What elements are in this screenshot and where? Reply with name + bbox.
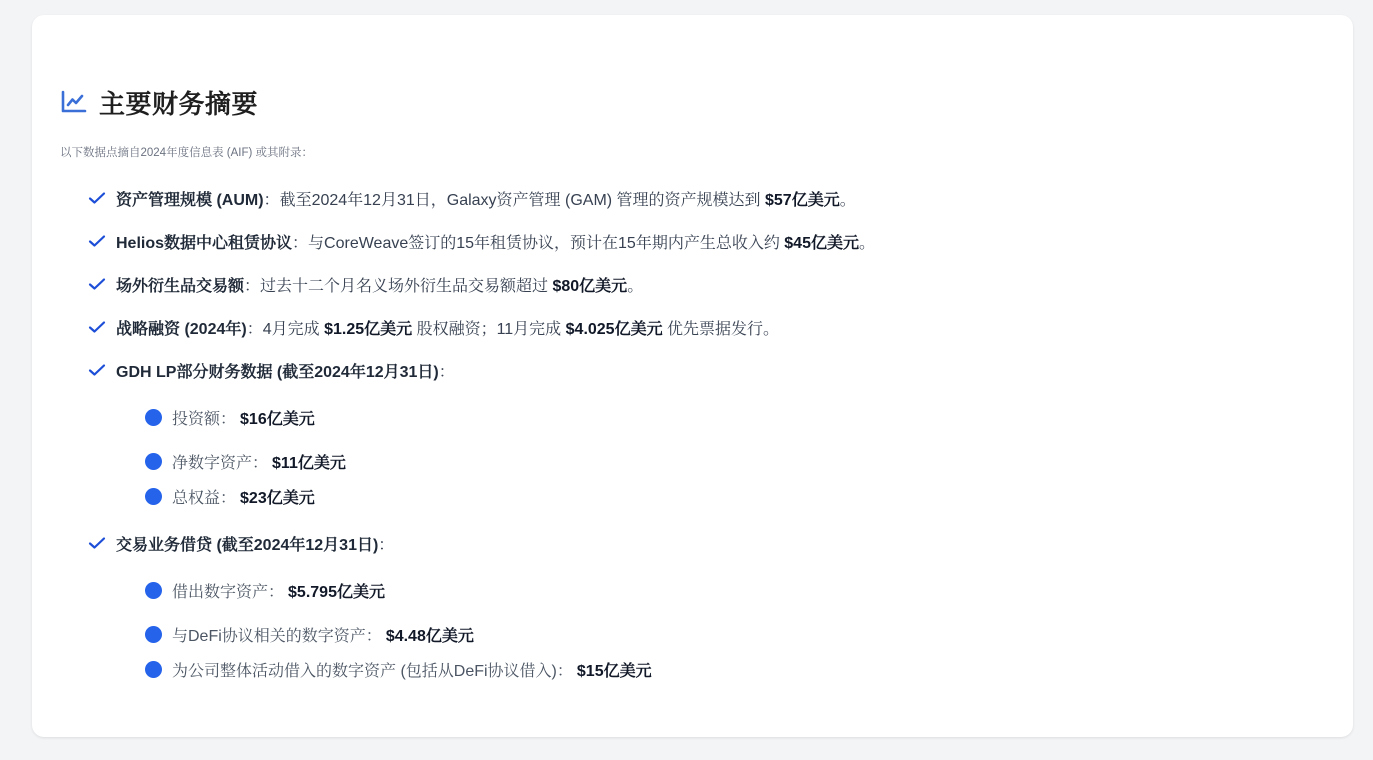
sub-item-borrowed-digital-assets: 为公司整体活动借入的数字资产 (包括从DeFi协议借入) ： $15亿美元 [145,657,652,681]
page-title: 主要财务摘要 [99,84,258,121]
item-label: 战略融资 (2024年) [116,316,247,339]
sub-item-label: 总权益 [172,485,220,508]
line-chart-icon [60,89,88,115]
sub-item-label: 投资额 [172,406,220,429]
sub-item-separator: ： [366,623,382,646]
bullet-dot-icon [145,453,162,470]
sub-item-lent-digital-assets: 借出数字资产 ： $5.795亿美元 [145,578,385,602]
list-item-strategic-financing: 战略融资 (2024年) ： 4月完成 $1.25亿美元 股权融资；11月完成 … [88,315,779,339]
item-text-end: 。 [627,273,643,296]
item-text-end: 优先票据发行。 [663,316,779,339]
check-icon [88,277,106,291]
check-icon [88,536,106,550]
item-text-end: 。 [859,230,875,253]
sub-item-separator: ： [268,579,284,602]
check-icon [88,191,106,205]
bullet-dot-icon [145,582,162,599]
sub-item-label: 借出数字资产 [172,579,268,602]
item-separator: ： [247,316,263,339]
sub-item-separator: ： [220,485,236,508]
sub-item-value: $11亿美元 [272,450,346,473]
item-label: GDH LP部分财务数据 (截至2024年12月31日) [116,359,439,382]
sub-item-value: $15亿美元 [577,658,652,681]
sub-item-label: 与DeFi协议相关的数字资产 [172,623,366,646]
item-value-equity: $1.25亿美元 [324,316,412,339]
item-separator: ： [439,359,455,382]
bullet-dot-icon [145,626,162,643]
sub-item-label: 净数字资产 [172,450,252,473]
item-text: 截至2024年12月31日，Galaxy资产管理 (GAM) 管理的资产规模达到 [280,187,765,210]
sub-item-label: 为公司整体活动借入的数字资产 (包括从DeFi协议借入) [172,658,557,681]
item-text: 过去十二个月名义场外衍生品交易额超过 [260,273,552,296]
list-item-aum: 资产管理规模 (AUM) ： 截至2024年12月31日，Galaxy资产管理 … [88,186,856,210]
financial-summary-card: 主要财务摘要 以下数据点摘自2024年度信息表 (AIF) 或其附录： 资产管理… [32,15,1353,737]
item-text-end: 。 [840,187,856,210]
item-value: $57亿美元 [765,187,840,210]
item-label: 资产管理规模 (AUM) [116,187,264,210]
sub-item-separator: ： [557,658,573,681]
sub-item-investment: 投资额 ： $16亿美元 [145,405,315,429]
bullet-dot-icon [145,409,162,426]
item-value: $80亿美元 [552,273,627,296]
list-item-gdh-lp: GDH LP部分财务数据 (截至2024年12月31日) ： [88,358,455,382]
sub-item-value: $16亿美元 [240,406,315,429]
section-header: 主要财务摘要 [60,85,258,119]
sub-item-value: $4.48亿美元 [386,623,474,646]
sub-item-net-digital-assets: 净数字资产 ： $11亿美元 [145,449,346,473]
item-text-mid: 股权融资；11月完成 [412,316,566,339]
check-icon [88,320,106,334]
item-value: $45亿美元 [784,230,859,253]
item-value-notes: $4.025亿美元 [566,316,663,339]
list-item-trading-lending: 交易业务借贷 (截至2024年12月31日) ： [88,531,394,555]
bullet-dot-icon [145,488,162,505]
list-item-otc-derivatives: 场外衍生品交易额 ： 过去十二个月名义场外衍生品交易额超过 $80亿美元 。 [88,272,643,296]
item-separator: ： [244,273,260,296]
item-label: 场外衍生品交易额 [116,273,244,296]
sub-item-value: $5.795亿美元 [288,579,385,602]
sub-item-defi-digital-assets: 与DeFi协议相关的数字资产 ： $4.48亿美元 [145,622,474,646]
item-label: Helios数据中心租赁协议 [116,230,292,253]
item-text: 与CoreWeave签订的15年租赁协议，预计在15年期内产生总收入约 [308,230,784,253]
check-icon [88,363,106,377]
item-separator: ： [378,532,394,555]
check-icon [88,234,106,248]
item-separator: ： [292,230,308,253]
sub-item-total-equity: 总权益 ： $23亿美元 [145,484,315,508]
list-item-helios: Helios数据中心租赁协议 ： 与CoreWeave签订的15年租赁协议，预计… [88,229,875,253]
sub-item-value: $23亿美元 [240,485,315,508]
sub-item-separator: ： [252,450,268,473]
sub-item-separator: ： [220,406,236,429]
item-text: 4月完成 [263,316,324,339]
item-label: 交易业务借贷 (截至2024年12月31日) [116,532,378,555]
item-separator: ： [264,187,280,210]
bullet-dot-icon [145,661,162,678]
section-subtitle: 以下数据点摘自2024年度信息表 (AIF) 或其附录： [60,144,313,160]
